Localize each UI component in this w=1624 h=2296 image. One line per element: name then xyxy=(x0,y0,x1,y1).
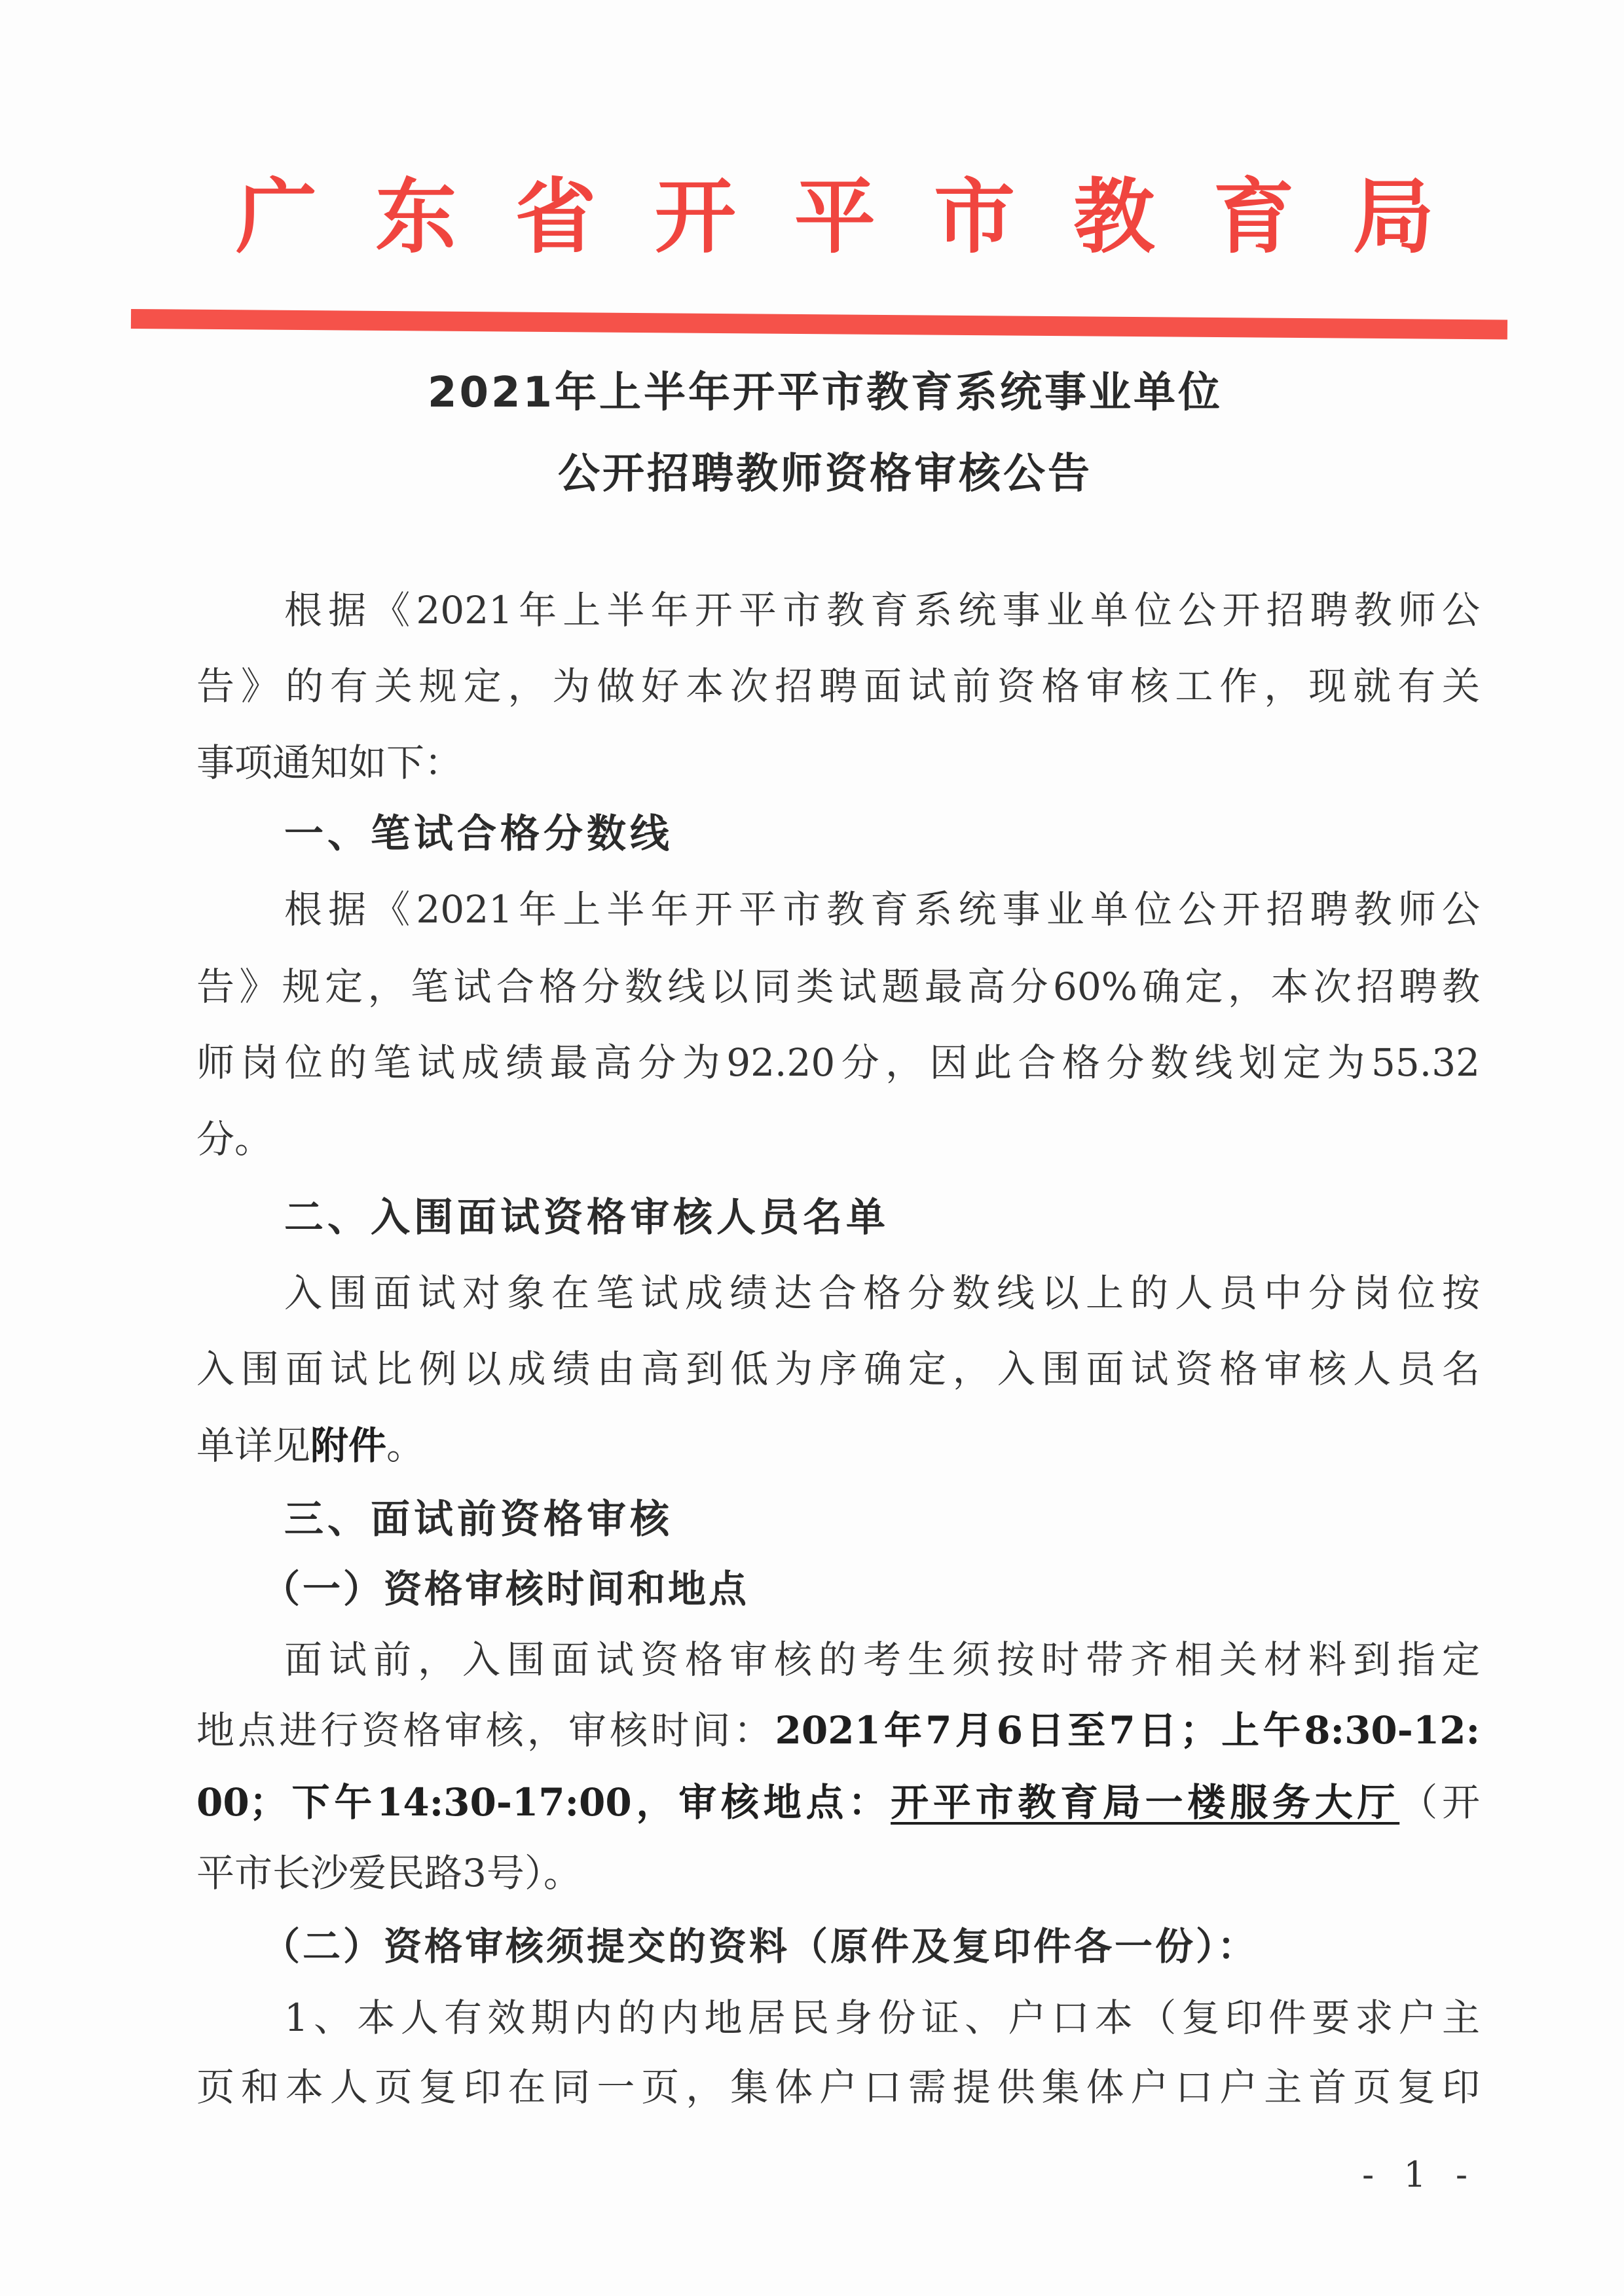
section1-heading: 一、笔试合格分数线 xyxy=(196,811,1480,857)
section3-heading: 三、面试前资格审核 xyxy=(196,1497,1480,1542)
review-location: 开平市教育局一楼服务大厅 xyxy=(891,1780,1399,1825)
section2-line-3: 单详见附件。 xyxy=(196,1423,1480,1468)
section2-heading: 二、入围面试资格审核人员名单 xyxy=(196,1195,1480,1241)
letterhead-char: 育 xyxy=(1213,172,1295,263)
item1-line-2: 页和本人页复印在同一页，集体户口需提供集体户口户主首页复印 xyxy=(196,2064,1480,2110)
section1-line-3: 师岗位的笔试成绩最高分为92.20分，因此合格分数线划定为55.32 xyxy=(196,1040,1480,1085)
letterhead-char: 市 xyxy=(934,172,1015,263)
letterhead-char: 局 xyxy=(1353,172,1434,263)
attachment-reference: 附件 xyxy=(310,1423,386,1468)
letterhead-char: 开 xyxy=(655,172,736,263)
document-title-line1: 2021年上半年开平市教育系统事业单位 xyxy=(0,359,1624,419)
page-number: - 1 - xyxy=(1362,2154,1477,2195)
subsection1-line-3: 00；下午14:30-17:00，审核地点：开平市教育局一楼服务大厅（开 xyxy=(196,1779,1480,1825)
section1-line-2: 告》规定，笔试合格分数线以同类试题最高分60%确定，本次招聘教 xyxy=(196,964,1480,1010)
section2-line-3-prefix: 单详见 xyxy=(196,1423,310,1468)
document-page: 广 东 省 开 平 市 教 育 局 2021年上半年开平市教育系统事业单位 公开… xyxy=(0,0,1624,2296)
letterhead-char: 省 xyxy=(515,172,596,263)
intro-line-2: 告》的有关规定，为做好本次招聘面试前资格审核工作，现就有关 xyxy=(196,663,1480,709)
document-title-line2: 公开招聘教师资格审核公告 xyxy=(0,440,1624,500)
item1-line-1: 1、本人有效期内的内地居民身份证、户口本（复印件要求户主 xyxy=(196,1995,1480,2041)
letterhead-char: 平 xyxy=(794,172,876,263)
section2-line-2: 入围面试比例以成绩由高到低为序确定，入围面试资格审核人员名 xyxy=(196,1346,1480,1392)
letterhead-char: 广 xyxy=(236,172,317,263)
intro-line-1: 根据《2021年上半年开平市教育系统事业单位公开招聘教师公 xyxy=(196,587,1480,633)
section1-line-4: 分。 xyxy=(196,1116,1480,1162)
subsection1-line-2: 地点进行资格审核，审核时间：2021年7月6日至7日；上午8:30-12: xyxy=(196,1707,1480,1753)
section1-line-1: 根据《2021年上半年开平市教育系统事业单位公开招聘教师公 xyxy=(196,886,1480,932)
review-time-afternoon: 00；下午14:30-17:00，审核地点： xyxy=(196,1780,891,1825)
review-time-value: 2021年7月6日至7日；上午8:30-12: xyxy=(775,1708,1480,1753)
review-time-label: 地点进行资格审核，审核时间： xyxy=(196,1708,775,1753)
letterhead-red-rule xyxy=(131,309,1507,340)
section2-line-1: 入围面试对象在笔试成绩达合格分数线以上的人员中分岗位按 xyxy=(196,1270,1480,1316)
section2-line-3-suffix: 。 xyxy=(386,1423,424,1468)
subsection1-heading: （一）资格审核时间和地点 xyxy=(196,1566,1480,1612)
subsection2-heading: （二）资格审核须提交的资料（原件及复印件各一份）： xyxy=(196,1923,1480,1969)
letterhead-org-name: 广 东 省 开 平 市 教 育 局 xyxy=(236,172,1434,263)
review-address-open: （开 xyxy=(1399,1780,1480,1825)
letterhead-char: 东 xyxy=(375,172,456,263)
intro-line-3: 事项通知如下： xyxy=(196,740,1480,786)
subsection1-line-1: 面试前，入围面试资格审核的考生须按时带齐相关材料到指定 xyxy=(196,1637,1480,1683)
letterhead-char: 教 xyxy=(1073,172,1154,263)
subsection1-line-4: 平市长沙爱民路3号）。 xyxy=(196,1850,1480,1896)
